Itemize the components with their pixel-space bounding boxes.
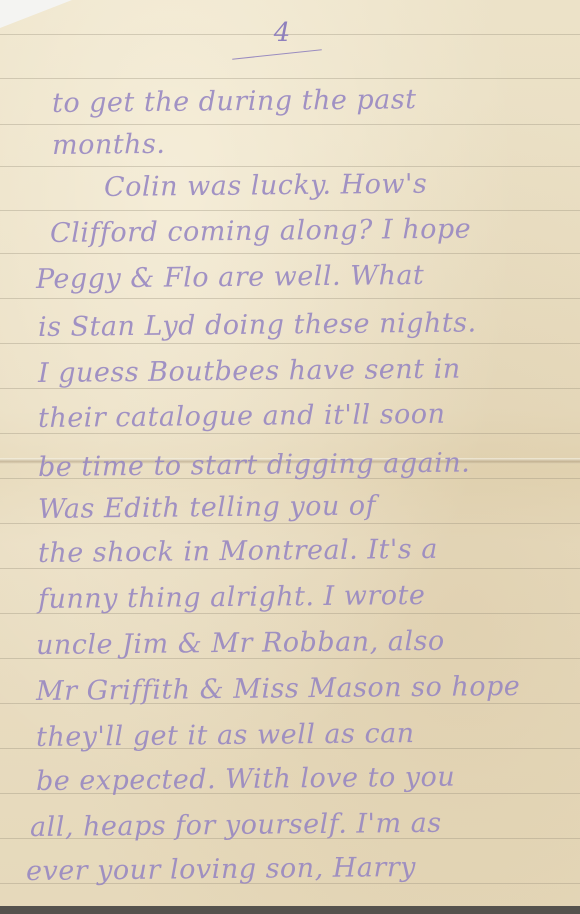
torn-corner xyxy=(0,0,72,28)
ruled-line xyxy=(0,253,580,254)
letter-line-8: their catalogue and it'll soon xyxy=(38,399,446,434)
letter-line-7: I guess Boutbees have sent in xyxy=(38,354,461,389)
page-number: 4 xyxy=(232,18,332,48)
letter-line-11: the shock in Montreal. It's a xyxy=(38,534,438,569)
ruled-line xyxy=(0,210,580,211)
ruled-line xyxy=(0,343,580,344)
ruled-line xyxy=(0,124,580,125)
letter-line-18: ever your loving son, Harry xyxy=(26,852,416,887)
letter-page: 4 to get the during the past months. Col… xyxy=(0,0,580,906)
letter-line-4: Clifford coming along? I hope xyxy=(50,214,471,249)
letter-line-14: Mr Griffith & Miss Mason so hope xyxy=(36,671,521,707)
letter-line-6: is Stan Lyd doing these nights. xyxy=(38,307,477,343)
ruled-line xyxy=(0,166,580,167)
letter-line-15: they'll get it as well as can xyxy=(36,718,415,753)
letter-line-5: Peggy & Flo are well. What xyxy=(36,260,425,295)
letter-line-16: be expected. With love to you xyxy=(36,762,456,797)
letter-line-9: be time to start digging again. xyxy=(38,447,471,483)
letter-line-12: funny thing alright. I wrote xyxy=(38,580,426,615)
letter-line-2: months. xyxy=(52,129,166,161)
letter-line-17: all, heaps for yourself. I'm as xyxy=(30,808,442,843)
letter-line-3: Colin was lucky. How's xyxy=(104,169,428,203)
ruled-line xyxy=(0,298,580,299)
letter-line-13: uncle Jim & Mr Robban, also xyxy=(36,626,445,661)
letter-line-10: Was Edith telling you of xyxy=(38,490,376,525)
letter-line-1: to get the during the past xyxy=(52,84,417,119)
scan-edge xyxy=(0,906,580,914)
ruled-line xyxy=(0,78,580,79)
